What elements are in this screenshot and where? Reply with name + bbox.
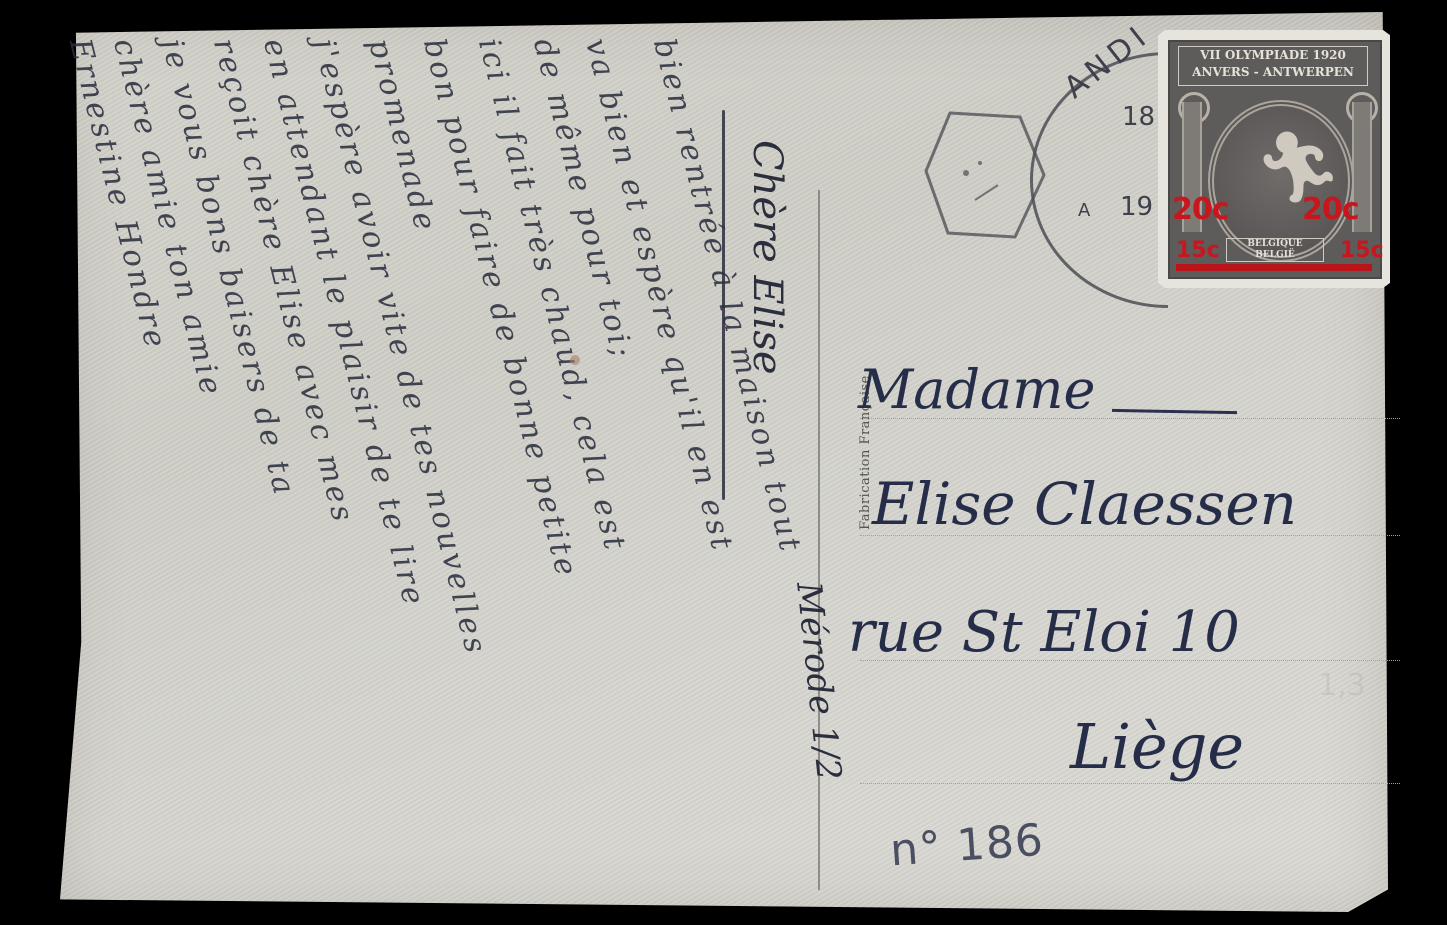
stamp-city-text: ANVERS - ANTWERPEN [1179, 64, 1367, 81]
address-street: rue St Eloi 10 [848, 600, 1240, 665]
postage-stamp: VII OLYMPIADE 1920 ANVERS - ANTWERPEN 🏃︎… [1158, 30, 1390, 288]
faint-pencil-mark: 1,3 [1318, 668, 1366, 703]
address-city: Liège [1070, 710, 1244, 783]
stamp-overprint-bar [1176, 264, 1372, 271]
postmark-day: 18 [1122, 102, 1155, 132]
address-guide-line [860, 783, 1400, 784]
stamp-surcharge-right: 20c [1302, 192, 1359, 227]
stamp-country: BELGIQUE BELGIË [1226, 238, 1324, 262]
catalog-number: n° 186 [888, 815, 1045, 877]
stamp-header: VII OLYMPIADE 1920 ANVERS - ANTWERPEN [1178, 46, 1368, 86]
postmark-letter: A [1078, 200, 1090, 221]
stamp-design: VII OLYMPIADE 1920 ANVERS - ANTWERPEN 🏃︎… [1168, 40, 1382, 279]
address-recipient-name: Elise Claessen [872, 470, 1297, 538]
stamp-original-value-left: 15c [1176, 238, 1220, 263]
address-title: Madame [858, 358, 1095, 421]
stamp-surcharge-left: 20c [1172, 192, 1229, 227]
stamp-olympiad-text: VII OLYMPIADE 1920 [1179, 47, 1367, 64]
address-divider-line [818, 190, 820, 890]
postmark-year: 19 [1120, 192, 1153, 222]
stamp-original-value-right: 15c [1340, 238, 1384, 263]
